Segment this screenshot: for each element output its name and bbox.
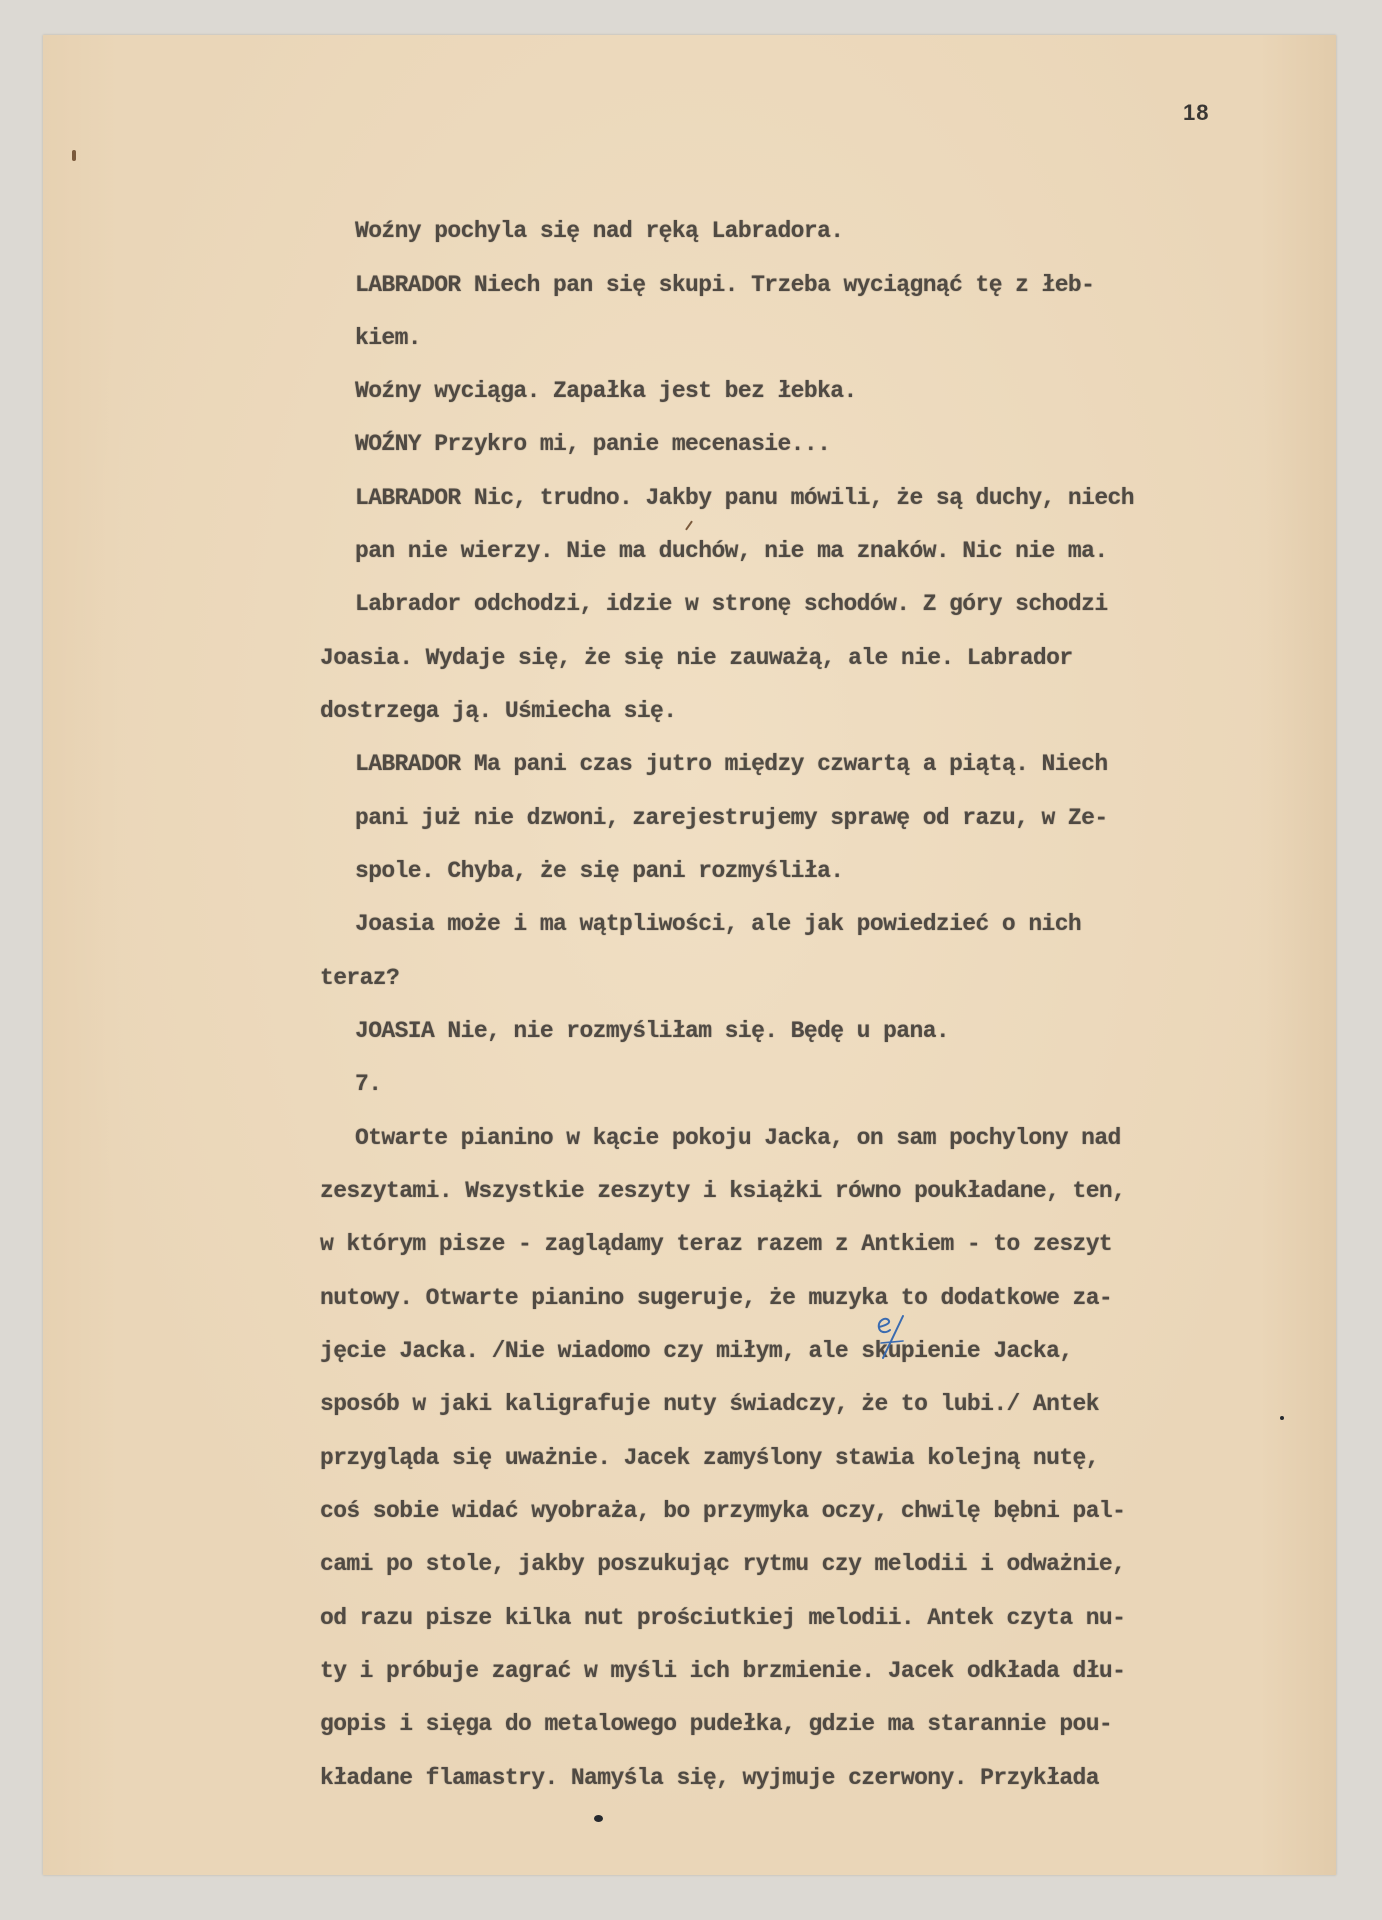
text-line: Labrador odchodzi, idzie w stronę schodó… [355,591,1108,617]
text-line: spole. Chyba, że się pani rozmyśliła. [355,858,843,884]
ink-dot [1280,1416,1284,1420]
paper-stain-mark [72,150,76,161]
text-line: Otwarte pianino w kącie pokoju Jacka, on… [355,1125,1121,1151]
text-line: pan nie wierzy. Nie ma duchów, nie ma zn… [355,538,1108,564]
text-line: JOASIA Nie, nie rozmyśliłam się. Będę u … [355,1018,949,1044]
text-line: pani już nie dzwoni, zarejestrujemy spra… [355,805,1108,831]
text-line: zeszytami. Wszystkie zeszyty i książki r… [320,1178,1125,1204]
text-line: teraz? [320,965,399,991]
text-line: Woźny wyciąga. Zapałka jest bez łebka. [355,378,857,404]
text-line: LABRADOR Niech pan się skupi. Trzeba wyc… [355,272,1094,298]
text-line: kiem. [355,325,421,351]
text-line: jęcie Jacka. /Nie wiadomo czy miłym, ale… [320,1338,1073,1364]
text-line: LABRADOR Ma pani czas jutro między czwar… [355,751,1108,777]
handwritten-correction-mark [873,1312,913,1362]
typewritten-page [43,35,1336,1875]
text-line: kładane flamastry. Namyśla się, wyjmuje … [320,1765,1099,1791]
page-number: 18 [1183,100,1209,126]
text-line: Joasia. Wydaje się, że się nie zauważą, … [320,645,1073,671]
text-line: przygląda się uważnie. Jacek zamyślony s… [320,1445,1099,1471]
text-line: cami po stole, jakby poszukując rytmu cz… [320,1551,1125,1577]
ink-dot [594,1815,603,1822]
text-line: od razu pisze kilka nut prościutkiej mel… [320,1605,1125,1631]
text-line: WOŹNY Przykro mi, panie mecenasie... [355,431,830,457]
text-line: w którym pisze - zaglądamy teraz razem z… [320,1231,1112,1257]
text-line: Joasia może i ma wątpliwości, ale jak po… [355,911,1081,937]
text-line: Woźny pochyla się nad ręką Labradora. [355,218,843,244]
text-line: LABRADOR Nic, trudno. Jakby panu mówili,… [355,485,1134,511]
text-line: nutowy. Otwarte pianino sugeruje, że muz… [320,1285,1112,1311]
text-line: coś sobie widać wyobraża, bo przymyka oc… [320,1498,1125,1524]
text-line: gopis i sięga do metalowego pudełka, gdz… [320,1711,1112,1737]
text-line: dostrzega ją. Uśmiecha się. [320,698,676,724]
text-line: 7. [355,1071,381,1097]
text-line: sposób w jaki kaligrafuje nuty świadczy,… [320,1391,1099,1417]
text-line: ty i próbuje zagrać w myśli ich brzmieni… [320,1658,1125,1684]
